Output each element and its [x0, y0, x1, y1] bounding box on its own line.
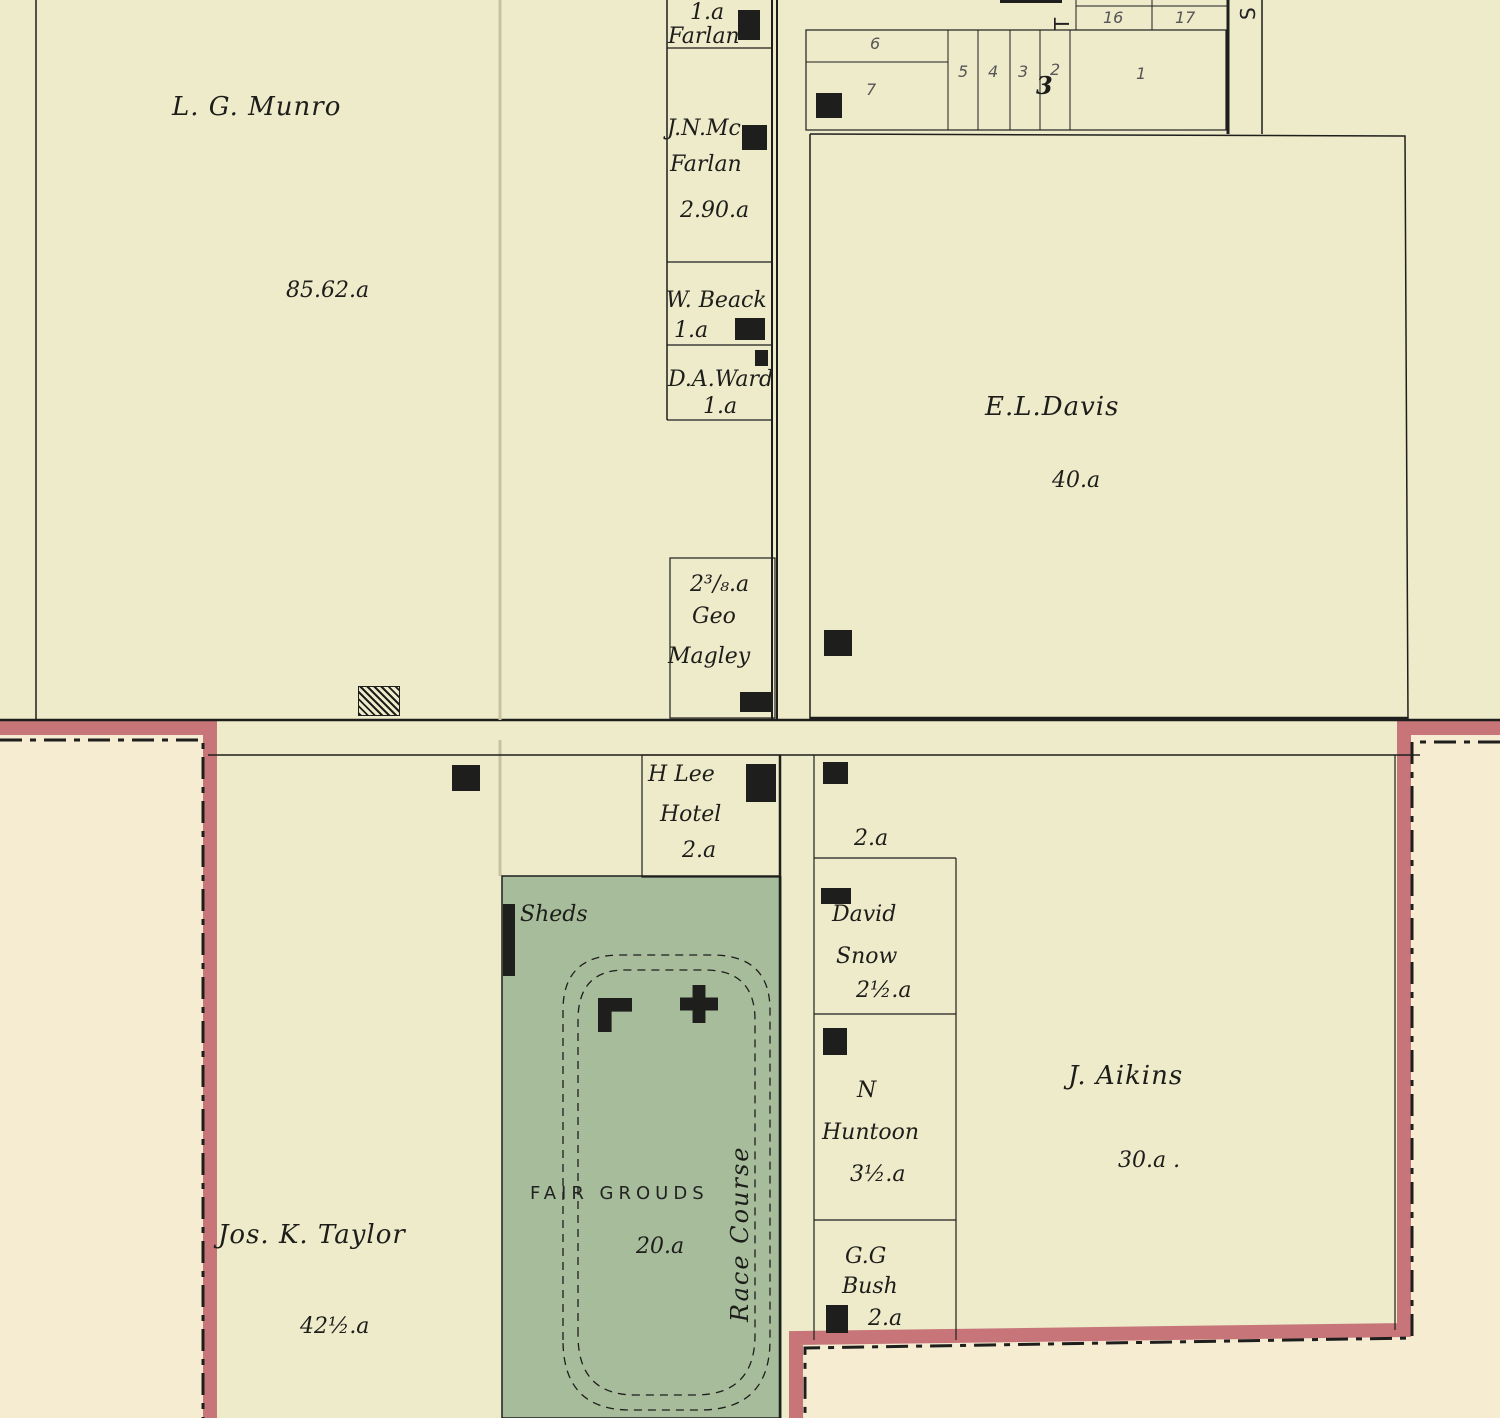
parcel-acreage: 1.a [690, 2, 724, 24]
parcel-owner: G.G [845, 1246, 886, 1268]
parcel-acreage: 85.62.a [286, 280, 369, 302]
building-icon [823, 1028, 847, 1055]
parcel-owner: Hotel [660, 804, 721, 826]
lot-number: 17 [1175, 8, 1195, 27]
parcel-acreage: 3½.a [850, 1164, 905, 1186]
plat-map: T S 16 17 6 7 5 4 3 2 1 3 L. G. Munro 85… [0, 0, 1500, 1418]
hatched-building-icon [358, 686, 400, 716]
building-icon [742, 125, 767, 150]
parcel-acreage: 2.a [682, 840, 716, 862]
parcel-owner: Farlan [670, 154, 742, 176]
sheds-label: Sheds [520, 904, 588, 926]
parcel-acreage: 2.a [854, 828, 888, 850]
parcel-acreage: 2½.a [856, 980, 911, 1002]
parcel-owner: Snow [836, 946, 897, 968]
parcel-owner: David [832, 904, 896, 926]
parcel-owner: N [857, 1080, 876, 1102]
lot-number: 4 [988, 62, 998, 81]
parcel-owner: Magley [668, 646, 750, 668]
parcel-acreage: 2.90.a [680, 200, 749, 222]
parcel-acreage: 2.a [868, 1308, 902, 1330]
parcel-owner: Farlan [668, 26, 740, 48]
lot-number: 7 [866, 80, 876, 99]
building-icon [740, 692, 772, 712]
building-icon [824, 630, 852, 656]
parcel-owner: Huntoon [822, 1122, 919, 1144]
building-icon [735, 318, 765, 340]
parcel-acreage: 2³/₈.a [690, 574, 749, 596]
lot-number: 6 [870, 34, 880, 53]
parcel-acreage: 30.a . [1118, 1150, 1180, 1172]
building-icon [746, 764, 776, 802]
building-icon [826, 1305, 848, 1333]
parcel-acreage: 1.a [674, 320, 708, 342]
lot-number: 5 [958, 62, 968, 81]
fairgrounds-title: FAIR GROUDS [530, 1185, 709, 1203]
parcel-owner: J.N.Mc [667, 118, 741, 140]
parcel-owner: Jos. K. Taylor [218, 1222, 406, 1248]
street-label: T [1052, 18, 1072, 30]
street-label: S [1238, 7, 1258, 20]
race-course-label: Race Course [728, 1146, 752, 1322]
parcel-acreage: 42½.a [300, 1316, 369, 1338]
fairgrounds-acreage: 20.a [636, 1236, 684, 1258]
lot-number: 16 [1103, 8, 1123, 27]
parcel-owner: E.L.Davis [985, 394, 1119, 420]
parcel-owner: H Lee [648, 764, 715, 786]
parcel-owner: J. Aikins [1068, 1063, 1183, 1089]
parcel-owner: D.A.Ward [668, 369, 773, 391]
parcel-acreage: 1.a [703, 396, 737, 418]
building-icon [738, 10, 760, 40]
parcel-owner: L. G. Munro [172, 94, 341, 120]
lot-number: 3 [1018, 62, 1028, 81]
sheds-building-icon [503, 904, 515, 976]
building-icon [816, 93, 842, 118]
parcel-owner: Bush [842, 1276, 898, 1298]
lot-number: 1 [1136, 64, 1146, 83]
parcel-owner: W. Beack [666, 290, 767, 312]
parcel-acreage: 40.a [1052, 470, 1100, 492]
building-icon [755, 350, 768, 366]
building-icon [452, 765, 480, 791]
building-icon [823, 762, 848, 784]
block-number: 3 [1036, 74, 1053, 98]
parcel-owner: Geo [692, 606, 736, 628]
